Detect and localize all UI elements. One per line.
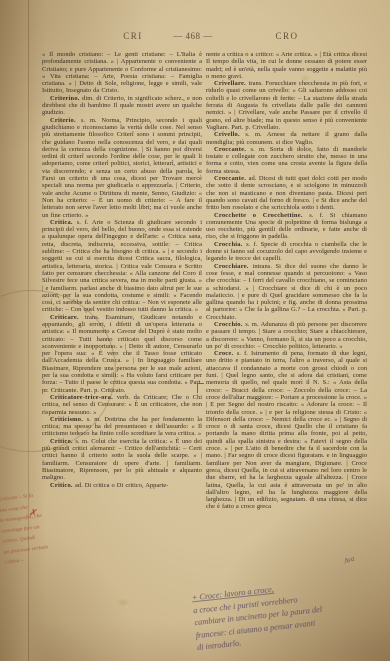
running-head-right: CRO [257, 31, 317, 41]
dictionary-entry: Criticatore-trice-ora. verb. da Criticar… [42, 394, 202, 416]
entry-headword: Crocchette o Crocchettine. [214, 212, 309, 219]
dictionary-entry: Criterino. dim. di Criterio, in signific… [42, 95, 202, 117]
entry-headword: Criterio. [50, 117, 81, 124]
entry-headword: Crocchiare. [214, 263, 253, 270]
dictionary-entry: « Il mondo cristiano: – Le genti cristia… [42, 51, 202, 95]
running-head-left: CRI [103, 31, 163, 41]
dictionary-entry: Crivellare. trans. Forucchiare checchess… [206, 80, 367, 131]
entry-headword: Critica. [50, 219, 77, 226]
dictionary-entry: nente a critica o a critico: « Arte crit… [206, 51, 367, 80]
entry-headword: Criticismo. [50, 416, 87, 423]
page-number: — 468 — [160, 31, 226, 41]
pencil-scribble: Ava [343, 555, 355, 566]
entry-headword: Crivello. [214, 131, 245, 138]
entry-headword: Croce. [214, 350, 237, 357]
dictionary-entry: Crocchia. s. f. Specie di crocchia o cia… [206, 241, 367, 263]
entry-headword: Croccante. [214, 146, 250, 153]
dictionary-entry: Crocchiare. intrans. Si dice del suono c… [206, 263, 367, 321]
dictionary-entry: Criticismo. s. m. Dottrina che ha per fo… [42, 416, 202, 438]
dictionary-entry: Crivello. s. m. Arnese da nettare il gra… [206, 131, 367, 146]
dictionary-entry: Crocchio. s. m. Adunanza di più persone … [206, 321, 367, 350]
entry-headword: Crocchio. [214, 321, 245, 328]
dictionary-entry: Critica. s. f. Arte o Scienza di giudica… [42, 219, 202, 314]
text-column-right: nente a critica o a critico: « Arte crit… [206, 51, 367, 511]
dictionary-entry: Criterio. s. m. Norma, Principio, second… [42, 117, 202, 219]
foxing-spot [116, 598, 130, 607]
scanned-dictionary-page: CRI — 468 — CRO « Il mondo cristiano: – … [0, 0, 390, 661]
entry-headword: Crivellare. [214, 80, 249, 87]
dictionary-entry: Criticare. trans. Esaminare, Giudicare n… [42, 314, 202, 394]
text-column-left: « Il mondo cristiano: – Le genti cristia… [42, 51, 202, 489]
red-ink-bracket-mark [197, 383, 204, 393]
entry-headword: Critico. [50, 438, 75, 445]
dictionary-entry: Croccante. s. m. Sorta di dolce, fatto d… [206, 146, 367, 175]
dictionary-entry: Croccante. ad. Dicesi di tutti quei dolc… [206, 175, 367, 211]
dictionary-entry: Croce. s. f. Istrumento di pena, formato… [206, 350, 367, 511]
entry-headword: Critico. [50, 482, 75, 489]
dictionary-entry: Critico. ad. Di critica o Di critico, Ap… [42, 482, 202, 489]
entry-headword: Criticatore-trice-ora. [50, 394, 117, 401]
entry-headword: Croccante. [214, 175, 249, 182]
dictionary-entry: Crocchette o Crocchettine. s. f. Si chia… [206, 212, 367, 241]
entry-headword: Criticare. [50, 314, 85, 321]
dictionary-entry: Critico. s. m. Colui che esercita la cri… [42, 438, 202, 482]
entry-headword: Crocchia. [214, 241, 246, 248]
entry-headword: Criterino. [50, 95, 82, 102]
margin-handwritten-note: Criticare – Si fauna cosa chela monograf… [0, 489, 53, 568]
bottom-handwritten-note: + Croce: lavoro a croce,a croce che i pu… [191, 572, 390, 655]
